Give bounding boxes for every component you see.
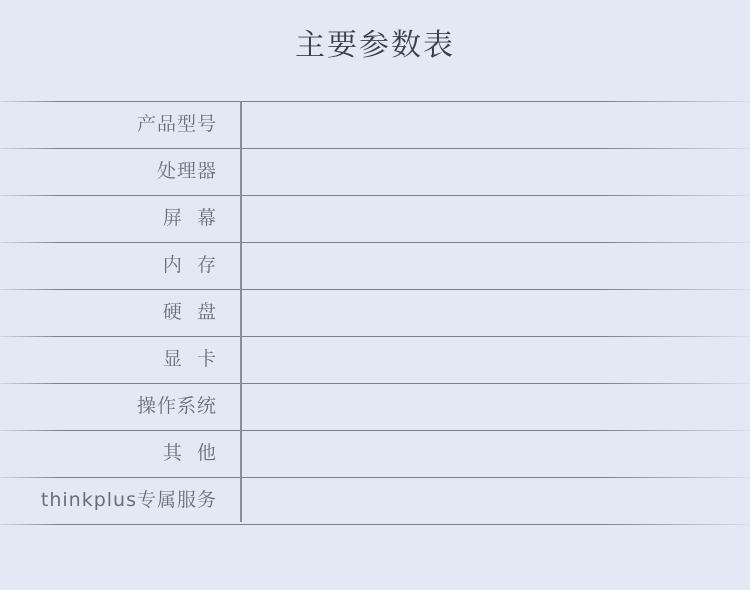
column-divider: [240, 101, 242, 522]
row-value: [242, 101, 750, 148]
table-row-processor: 处理器: [0, 148, 750, 195]
table-bottom-border: [0, 524, 750, 525]
row-value: [242, 336, 750, 383]
row-value: [242, 430, 750, 477]
table-row-graphics: 显 卡: [0, 336, 750, 383]
row-label: 内 存: [0, 242, 217, 289]
row-label: 产品型号: [0, 101, 217, 148]
row-label: thinkplus专属服务: [0, 477, 217, 524]
spec-table: 产品型号 处理器 屏 幕 内 存 硬 盘 显 卡 操作系统 其 他 t: [0, 101, 750, 524]
row-value: [242, 383, 750, 430]
table-row-memory: 内 存: [0, 242, 750, 289]
row-label: 屏 幕: [0, 195, 217, 242]
row-value: [242, 148, 750, 195]
row-value: [242, 242, 750, 289]
row-label: 其 他: [0, 430, 217, 477]
page-title: 主要参数表: [0, 20, 750, 64]
row-label: 操作系统: [0, 383, 217, 430]
row-label: 硬 盘: [0, 289, 217, 336]
row-value: [242, 477, 750, 524]
table-row-other: 其 他: [0, 430, 750, 477]
row-label: 处理器: [0, 148, 217, 195]
table-row-model: 产品型号: [0, 101, 750, 148]
table-row-os: 操作系统: [0, 383, 750, 430]
table-row-service: thinkplus专属服务: [0, 477, 750, 524]
row-value: [242, 289, 750, 336]
row-value: [242, 195, 750, 242]
row-label: 显 卡: [0, 336, 217, 383]
table-row-screen: 屏 幕: [0, 195, 750, 242]
table-row-disk: 硬 盘: [0, 289, 750, 336]
